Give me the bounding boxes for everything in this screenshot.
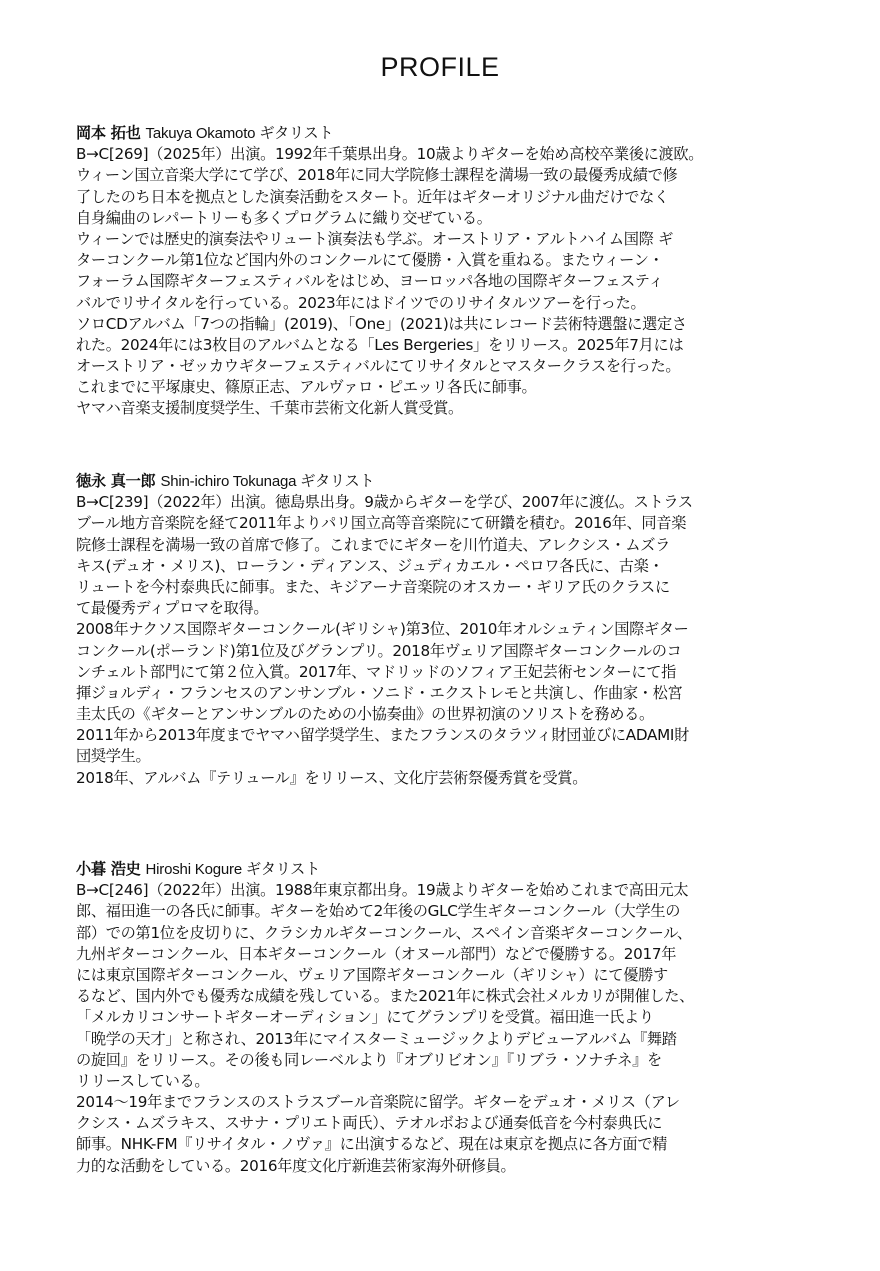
bio-line: の旋回』をリリース。その後も同レーベルより『オブリビオン』『リブラ・ソナチネ』を bbox=[76, 1050, 866, 1071]
bio-line: リリースしている。 bbox=[76, 1071, 866, 1092]
bio-line: 「晩学の天才」と称され、2013年にマイスターミュージックよりデビューアルバム『… bbox=[76, 1029, 866, 1050]
bio-line: これまでに平塚康史、篠原正志、アルヴァロ・ピエッリ各氏に師事。 bbox=[76, 377, 866, 398]
bio-line: れた。2024年には3枚目のアルバムとなる「Les Bergeries」をリリー… bbox=[76, 335, 866, 356]
bio-line: 力的な活動をしている。2016年度文化庁新進芸術家海外研修員。 bbox=[76, 1156, 866, 1177]
bio-line: 九州ギターコンクール、日本ギターコンクール（オヌール部門）などで優勝する。201… bbox=[76, 944, 866, 965]
bio-line: 揮ジョルディ・フランセスのアンサンブル・ソニド・エクストレモと共演し、作曲家・松… bbox=[76, 683, 866, 704]
bio-line: B→C[239]（2022年）出演。徳島県出身。9歳からギターを学び、2007年… bbox=[76, 492, 866, 513]
name-english: Takuya Okamoto bbox=[146, 125, 256, 142]
bio-line: 2018年、アルバム『テリュール』をリリース、文化庁芸術祭優秀賞を受賞。 bbox=[76, 768, 866, 789]
bio-line: ウィーンでは歴史的演奏法やリュート演奏法も学ぶ。オーストリア・アルトハイム国際 … bbox=[76, 229, 866, 250]
bio-line: て最優秀ディプロマを取得。 bbox=[76, 598, 866, 619]
bio-line: 郎、福田進一の各氏に師事。ギターを始めて2年後のGLC学生ギターコンクール（大学… bbox=[76, 901, 866, 922]
bio-line: 圭太氏の《ギターとアンサンブルのための小協奏曲》の世界初演のソリストを務める。 bbox=[76, 704, 866, 725]
bio-line: バルでリサイタルを行っている。2023年にはドイツでのリサイタルツアーを行った。 bbox=[76, 293, 866, 314]
bio-line: B→C[246]（2022年）出演。1988年東京都出身。19歳よりギターを始め… bbox=[76, 880, 866, 901]
bio-line: コンクール(ポーランド)第1位及びグランプリ。2018年ヴェリア国際ギターコンク… bbox=[76, 641, 866, 662]
role-label: ギタリスト bbox=[300, 472, 374, 490]
bio-line: ブール地方音楽院を経て2011年よりパリ国立高等音楽院にて研鑽を積む。2016年… bbox=[76, 513, 866, 534]
bio-line: ンチェルト部門にて第２位入賞。2017年、マドリッドのソフィア王妃芸術センターに… bbox=[76, 662, 866, 683]
name-english: Hiroshi Kogure bbox=[146, 861, 242, 878]
profile-heading: 徳永 真一郎Shin-ichiro Tokunagaギタリスト bbox=[76, 471, 866, 492]
bio-line: 団奨学生。 bbox=[76, 746, 866, 767]
bio-line: るなど、国内外でも優秀な成績を残している。また2021年に株式会社メルカリが開催… bbox=[76, 986, 866, 1007]
bio-line: キス(デュオ・メリス)、ローラン・ディアンス、ジュディカエル・ペロワ各氏に、古楽… bbox=[76, 556, 866, 577]
bio-line: 了したのち日本を拠点とした演奏活動をスタート。近年はギターオリジナル曲だけでなく bbox=[76, 187, 866, 208]
name-japanese: 岡本 拓也 bbox=[76, 124, 141, 142]
name-english: Shin-ichiro Tokunaga bbox=[160, 473, 296, 490]
bio-line: 「メルカリコンサートギターオーディション」にてグランプリを受賞。福田進一氏より bbox=[76, 1007, 866, 1028]
name-japanese: 徳永 真一郎 bbox=[76, 472, 155, 490]
bio-line: ターコンクール第1位など国内外のコンクールにて優勝・入賞を重ねる。またウィーン・ bbox=[76, 250, 866, 271]
bio-line: フォーラム国際ギターフェスティバルをはじめ、ヨーロッパ各地の国際ギターフェスティ bbox=[76, 271, 866, 292]
bio-line: オーストリア・ゼッカウギターフェスティバルにてリサイタルとマスタークラスを行った… bbox=[76, 356, 866, 377]
page-title: PROFILE bbox=[0, 52, 880, 83]
bio-line: ウィーン国立音楽大学にて学び、2018年に同大学院修士課程を満場一致の最優秀成績… bbox=[76, 165, 866, 186]
bio-line: 院修士課程を満場一致の首席で修了。これまでにギターを川竹道夫、アレクシス・ムズラ bbox=[76, 535, 866, 556]
profile-okamoto: 岡本 拓也Takuya OkamotoギタリストB→C[269]（2025年）出… bbox=[76, 123, 866, 420]
bio-line: ヤマハ音楽支援制度奨学生、千葉市芸術文化新人賞受賞。 bbox=[76, 398, 866, 419]
bio-line: 2011年から2013年度までヤマハ留学奨学生、またフランスのタラツィ財団並びに… bbox=[76, 725, 866, 746]
profile-tokunaga: 徳永 真一郎Shin-ichiro TokunagaギタリストB→C[239]（… bbox=[76, 471, 866, 789]
profile-heading: 小暮 浩史Hiroshi Kogureギタリスト bbox=[76, 859, 866, 880]
bio-line: クシス・ムズラキス、スサナ・プリエト両氏）、テオルボおよび通奏低音を今村泰典氏に bbox=[76, 1113, 866, 1134]
role-label: ギタリスト bbox=[246, 860, 320, 878]
role-label: ギタリスト bbox=[259, 124, 333, 142]
bio-line: ソロCDアルバム「7つの指輪」(2019)、「One」(2021)は共にレコード… bbox=[76, 314, 866, 335]
bio-line: 2014～19年までフランスのストラスブール音楽院に留学。ギターをデュオ・メリス… bbox=[76, 1092, 866, 1113]
bio-line: B→C[269]（2025年）出演。1992年千葉県出身。10歳よりギターを始め… bbox=[76, 144, 866, 165]
bio-line: 自身編曲のレパートリーも多くプログラムに織り交ぜている。 bbox=[76, 208, 866, 229]
bio-line: には東京国際ギターコンクール、ヴェリア国際ギターコンクール（ギリシャ）にて優勝す bbox=[76, 965, 866, 986]
bio-line: リュートを今村泰典氏に師事。また、キジアーナ音楽院のオスカー・ギリア氏のクラスに bbox=[76, 577, 866, 598]
name-japanese: 小暮 浩史 bbox=[76, 860, 141, 878]
bio-line: 2008年ナクソス国際ギターコンクール(ギリシャ)第3位、2010年オルシュティ… bbox=[76, 619, 866, 640]
profile-kogure: 小暮 浩史Hiroshi KogureギタリストB→C[246]（2022年）出… bbox=[76, 859, 866, 1177]
bio-line: 部）での第1位を皮切りに、クラシカルギターコンクール、スペイン音楽ギターコンクー… bbox=[76, 923, 866, 944]
profile-heading: 岡本 拓也Takuya Okamotoギタリスト bbox=[76, 123, 866, 144]
bio-line: 師事。NHK-FM『リサイタル・ノヴァ』に出演するなど、現在は東京を拠点に各方面… bbox=[76, 1134, 866, 1155]
